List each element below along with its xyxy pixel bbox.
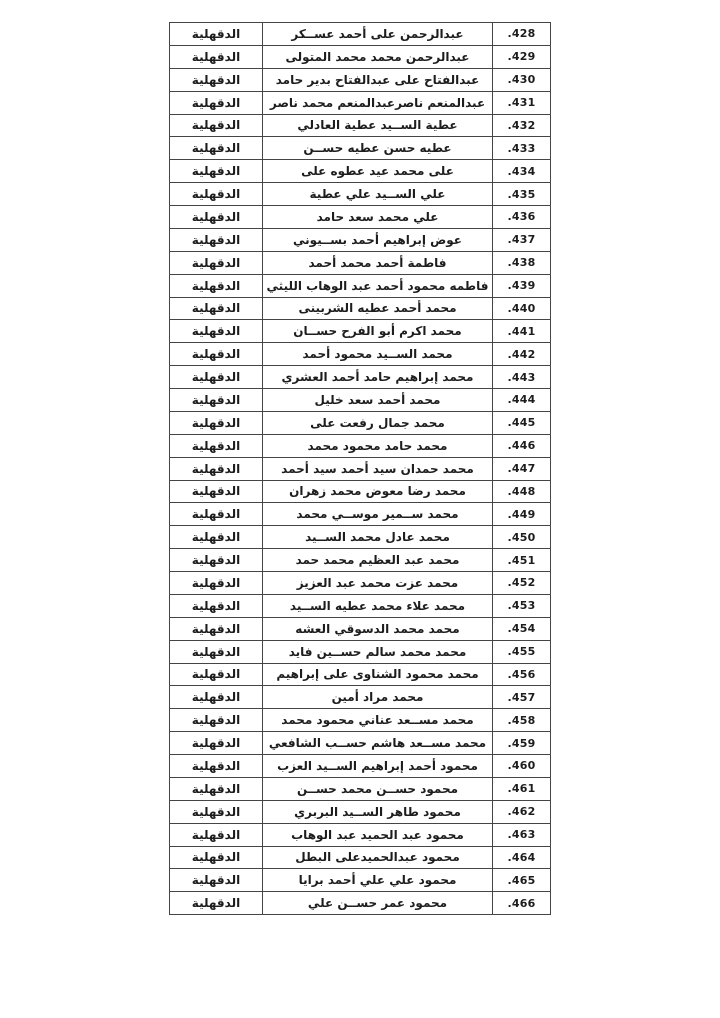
row-number-cell: 435. bbox=[493, 183, 550, 205]
person-name-cell: محمود عمر حســن علي bbox=[263, 892, 493, 914]
governorate-cell: الدقهلية bbox=[170, 847, 263, 869]
governorate-cell: الدقهلية bbox=[170, 549, 263, 571]
governorate-cell: الدقهلية bbox=[170, 389, 263, 411]
person-name-cell: محمد إبراهيم حامد أحمد العشري bbox=[263, 366, 493, 388]
table-row: 445. محمد جمال رفعت على الدقهلية bbox=[170, 412, 550, 435]
governorate-cell: الدقهلية bbox=[170, 298, 263, 320]
person-name-cell: محمد علاء محمد عطيه الســيد bbox=[263, 595, 493, 617]
row-number-cell: 457. bbox=[493, 686, 550, 708]
person-name-cell: محمد عبد العظيم محمد حمد bbox=[263, 549, 493, 571]
table-row: 466. محمود عمر حســن علي الدقهلية bbox=[170, 892, 550, 914]
row-number-cell: 438. bbox=[493, 252, 550, 274]
governorate-cell: الدقهلية bbox=[170, 229, 263, 251]
person-name-cell: محمد اكرم أبو الفرح حســان bbox=[263, 320, 493, 342]
governorate-cell: الدقهلية bbox=[170, 252, 263, 274]
governorate-cell: الدقهلية bbox=[170, 709, 263, 731]
table-row: 454. محمد محمد الدسوقي العشه الدقهلية bbox=[170, 618, 550, 641]
person-name-cell: محمد أحمد سعد خليل bbox=[263, 389, 493, 411]
person-name-cell: محمود عبد الحميد عبد الوهاب bbox=[263, 824, 493, 846]
person-name-cell: محمود طاهر الســيد البربري bbox=[263, 801, 493, 823]
governorate-cell: الدقهلية bbox=[170, 458, 263, 480]
governorate-cell: الدقهلية bbox=[170, 366, 263, 388]
table-row: 431. عبدالمنعم ناصرعبدالمنعم محمد ناصر ا… bbox=[170, 92, 550, 115]
table-row: 444. محمد أحمد سعد خليل الدقهلية bbox=[170, 389, 550, 412]
governorate-cell: الدقهلية bbox=[170, 23, 263, 45]
table-row: 443. محمد إبراهيم حامد أحمد العشري الدقه… bbox=[170, 366, 550, 389]
table-row: 463. محمود عبد الحميد عبد الوهاب الدقهلي… bbox=[170, 824, 550, 847]
governorate-cell: الدقهلية bbox=[170, 664, 263, 686]
person-name-cell: عطيه حسن عطيه حســن bbox=[263, 137, 493, 159]
table-row: 456. محمد محمود الشناوى على إبراهيم الدق… bbox=[170, 664, 550, 687]
row-number-cell: 437. bbox=[493, 229, 550, 251]
row-number-cell: 453. bbox=[493, 595, 550, 617]
person-name-cell: عبدالرحمن محمد محمد المتولى bbox=[263, 46, 493, 68]
table-row: 440. محمد أحمد عطيه الشربينى الدقهلية bbox=[170, 298, 550, 321]
person-name-cell: محمد حمدان سيد أحمد سيد أحمد bbox=[263, 458, 493, 480]
person-name-cell: محمود حســن محمد حســن bbox=[263, 778, 493, 800]
row-number-cell: 466. bbox=[493, 892, 550, 914]
row-number-cell: 441. bbox=[493, 320, 550, 342]
person-name-cell: علي الســيد علي عطية bbox=[263, 183, 493, 205]
table-row: 437. عوض إبراهيم أحمد بســيوني الدقهلية bbox=[170, 229, 550, 252]
row-number-cell: 436. bbox=[493, 206, 550, 228]
table-row: 432. عطية الســيد عطية العادلي الدقهلية bbox=[170, 115, 550, 138]
person-name-cell: فاطمة أحمد محمد أحمد bbox=[263, 252, 493, 274]
person-name-cell: عبدالفتاح على عبدالفتاح بدير حامد bbox=[263, 69, 493, 91]
governorate-cell: الدقهلية bbox=[170, 206, 263, 228]
document-page: 428. عبدالرحمن على أحمد عســكر الدقهلية … bbox=[0, 0, 720, 1018]
row-number-cell: 444. bbox=[493, 389, 550, 411]
row-number-cell: 440. bbox=[493, 298, 550, 320]
person-name-cell: عطية الســيد عطية العادلي bbox=[263, 115, 493, 137]
table-row: 449. محمد ســمير موســي محمد الدقهلية bbox=[170, 503, 550, 526]
row-number-cell: 445. bbox=[493, 412, 550, 434]
person-name-cell: محمد أحمد عطيه الشربينى bbox=[263, 298, 493, 320]
person-name-cell: محمد مســعد هاشم حســب الشافعي bbox=[263, 732, 493, 754]
table-row: 464. محمود عبدالحميدعلى البطل الدقهلية bbox=[170, 847, 550, 870]
row-number-cell: 465. bbox=[493, 869, 550, 891]
governorate-cell: الدقهلية bbox=[170, 137, 263, 159]
row-number-cell: 447. bbox=[493, 458, 550, 480]
row-number-cell: 459. bbox=[493, 732, 550, 754]
table-row: 453. محمد علاء محمد عطيه الســيد الدقهلي… bbox=[170, 595, 550, 618]
row-number-cell: 464. bbox=[493, 847, 550, 869]
governorate-cell: الدقهلية bbox=[170, 572, 263, 594]
governorate-cell: الدقهلية bbox=[170, 892, 263, 914]
table-row: 433. عطيه حسن عطيه حســن الدقهلية bbox=[170, 137, 550, 160]
table-row: 461. محمود حســن محمد حســن الدقهلية bbox=[170, 778, 550, 801]
table-row: 442. محمد الســيد محمود أحمد الدقهلية bbox=[170, 343, 550, 366]
person-name-cell: محمد محمود الشناوى على إبراهيم bbox=[263, 664, 493, 686]
person-name-cell: محمود علي علي أحمد برايا bbox=[263, 869, 493, 891]
row-number-cell: 432. bbox=[493, 115, 550, 137]
row-number-cell: 463. bbox=[493, 824, 550, 846]
governorate-cell: الدقهلية bbox=[170, 46, 263, 68]
person-name-cell: محمد مراد أمين bbox=[263, 686, 493, 708]
person-name-cell: محمد محمد الدسوقي العشه bbox=[263, 618, 493, 640]
person-name-cell: محمد مســعد عناني محمود محمد bbox=[263, 709, 493, 731]
governorate-cell: الدقهلية bbox=[170, 869, 263, 891]
table-row: 441. محمد اكرم أبو الفرح حســان الدقهلية bbox=[170, 320, 550, 343]
table-row: 435. علي الســيد علي عطية الدقهلية bbox=[170, 183, 550, 206]
row-number-cell: 451. bbox=[493, 549, 550, 571]
table-row: 430. عبدالفتاح على عبدالفتاح بدير حامد ا… bbox=[170, 69, 550, 92]
table-row: 448. محمد رضا معوض محمد زهران الدقهلية bbox=[170, 481, 550, 504]
governorate-cell: الدقهلية bbox=[170, 160, 263, 182]
row-number-cell: 434. bbox=[493, 160, 550, 182]
person-name-cell: محمد ســمير موســي محمد bbox=[263, 503, 493, 525]
governorate-cell: الدقهلية bbox=[170, 732, 263, 754]
person-name-cell: محمد الســيد محمود أحمد bbox=[263, 343, 493, 365]
row-number-cell: 458. bbox=[493, 709, 550, 731]
row-number-cell: 442. bbox=[493, 343, 550, 365]
row-number-cell: 460. bbox=[493, 755, 550, 777]
row-number-cell: 455. bbox=[493, 641, 550, 663]
row-number-cell: 461. bbox=[493, 778, 550, 800]
table-row: 438. فاطمة أحمد محمد أحمد الدقهلية bbox=[170, 252, 550, 275]
governorate-cell: الدقهلية bbox=[170, 778, 263, 800]
governorate-cell: الدقهلية bbox=[170, 755, 263, 777]
person-name-cell: محمد حامد محمود محمد bbox=[263, 435, 493, 457]
roster-table: 428. عبدالرحمن على أحمد عســكر الدقهلية … bbox=[169, 22, 551, 915]
row-number-cell: 449. bbox=[493, 503, 550, 525]
table-row: 428. عبدالرحمن على أحمد عســكر الدقهلية bbox=[170, 23, 550, 46]
governorate-cell: الدقهلية bbox=[170, 526, 263, 548]
governorate-cell: الدقهلية bbox=[170, 183, 263, 205]
governorate-cell: الدقهلية bbox=[170, 69, 263, 91]
person-name-cell: محمود عبدالحميدعلى البطل bbox=[263, 847, 493, 869]
row-number-cell: 456. bbox=[493, 664, 550, 686]
table-row: 458. محمد مســعد عناني محمود محمد الدقهل… bbox=[170, 709, 550, 732]
row-number-cell: 448. bbox=[493, 481, 550, 503]
table-row: 465. محمود علي علي أحمد برايا الدقهلية bbox=[170, 869, 550, 892]
governorate-cell: الدقهلية bbox=[170, 641, 263, 663]
governorate-cell: الدقهلية bbox=[170, 435, 263, 457]
table-row: 450. محمد عادل محمد الســيد الدقهلية bbox=[170, 526, 550, 549]
governorate-cell: الدقهلية bbox=[170, 115, 263, 137]
table-row: 447. محمد حمدان سيد أحمد سيد أحمد الدقهل… bbox=[170, 458, 550, 481]
table-row: 439. فاطمه محمود أحمد عبد الوهاب الليثي … bbox=[170, 275, 550, 298]
row-number-cell: 443. bbox=[493, 366, 550, 388]
row-number-cell: 430. bbox=[493, 69, 550, 91]
row-number-cell: 429. bbox=[493, 46, 550, 68]
table-row: 462. محمود طاهر الســيد البربري الدقهلية bbox=[170, 801, 550, 824]
person-name-cell: محمود أحمد إبراهيم الســيد العزب bbox=[263, 755, 493, 777]
person-name-cell: محمد عزت محمد عبد العزيز bbox=[263, 572, 493, 594]
governorate-cell: الدقهلية bbox=[170, 801, 263, 823]
table-row: 436. علي محمد سعد حامد الدقهلية bbox=[170, 206, 550, 229]
row-number-cell: 431. bbox=[493, 92, 550, 114]
person-name-cell: علي محمد سعد حامد bbox=[263, 206, 493, 228]
governorate-cell: الدقهلية bbox=[170, 595, 263, 617]
person-name-cell: فاطمه محمود أحمد عبد الوهاب الليثي bbox=[263, 275, 493, 297]
person-name-cell: محمد عادل محمد الســيد bbox=[263, 526, 493, 548]
table-row: 457. محمد مراد أمين الدقهلية bbox=[170, 686, 550, 709]
person-name-cell: عبدالرحمن على أحمد عســكر bbox=[263, 23, 493, 45]
person-name-cell: محمد رضا معوض محمد زهران bbox=[263, 481, 493, 503]
governorate-cell: الدقهلية bbox=[170, 618, 263, 640]
person-name-cell: على محمد عيد عطوه على bbox=[263, 160, 493, 182]
person-name-cell: عبدالمنعم ناصرعبدالمنعم محمد ناصر bbox=[263, 92, 493, 114]
governorate-cell: الدقهلية bbox=[170, 92, 263, 114]
table-row: 460. محمود أحمد إبراهيم الســيد العزب ال… bbox=[170, 755, 550, 778]
governorate-cell: الدقهلية bbox=[170, 412, 263, 434]
governorate-cell: الدقهلية bbox=[170, 275, 263, 297]
row-number-cell: 428. bbox=[493, 23, 550, 45]
governorate-cell: الدقهلية bbox=[170, 343, 263, 365]
governorate-cell: الدقهلية bbox=[170, 824, 263, 846]
person-name-cell: محمد محمد سالم حســين فايد bbox=[263, 641, 493, 663]
governorate-cell: الدقهلية bbox=[170, 503, 263, 525]
table-row: 446. محمد حامد محمود محمد الدقهلية bbox=[170, 435, 550, 458]
table-row: 459. محمد مســعد هاشم حســب الشافعي الدق… bbox=[170, 732, 550, 755]
row-number-cell: 450. bbox=[493, 526, 550, 548]
person-name-cell: محمد جمال رفعت على bbox=[263, 412, 493, 434]
row-number-cell: 452. bbox=[493, 572, 550, 594]
table-row: 455. محمد محمد سالم حســين فايد الدقهلية bbox=[170, 641, 550, 664]
table-row: 452. محمد عزت محمد عبد العزيز الدقهلية bbox=[170, 572, 550, 595]
governorate-cell: الدقهلية bbox=[170, 686, 263, 708]
row-number-cell: 446. bbox=[493, 435, 550, 457]
table-row: 434. على محمد عيد عطوه على الدقهلية bbox=[170, 160, 550, 183]
row-number-cell: 439. bbox=[493, 275, 550, 297]
governorate-cell: الدقهلية bbox=[170, 320, 263, 342]
table-row: 451. محمد عبد العظيم محمد حمد الدقهلية bbox=[170, 549, 550, 572]
row-number-cell: 454. bbox=[493, 618, 550, 640]
row-number-cell: 462. bbox=[493, 801, 550, 823]
row-number-cell: 433. bbox=[493, 137, 550, 159]
person-name-cell: عوض إبراهيم أحمد بســيوني bbox=[263, 229, 493, 251]
table-row: 429. عبدالرحمن محمد محمد المتولى الدقهلي… bbox=[170, 46, 550, 69]
governorate-cell: الدقهلية bbox=[170, 481, 263, 503]
